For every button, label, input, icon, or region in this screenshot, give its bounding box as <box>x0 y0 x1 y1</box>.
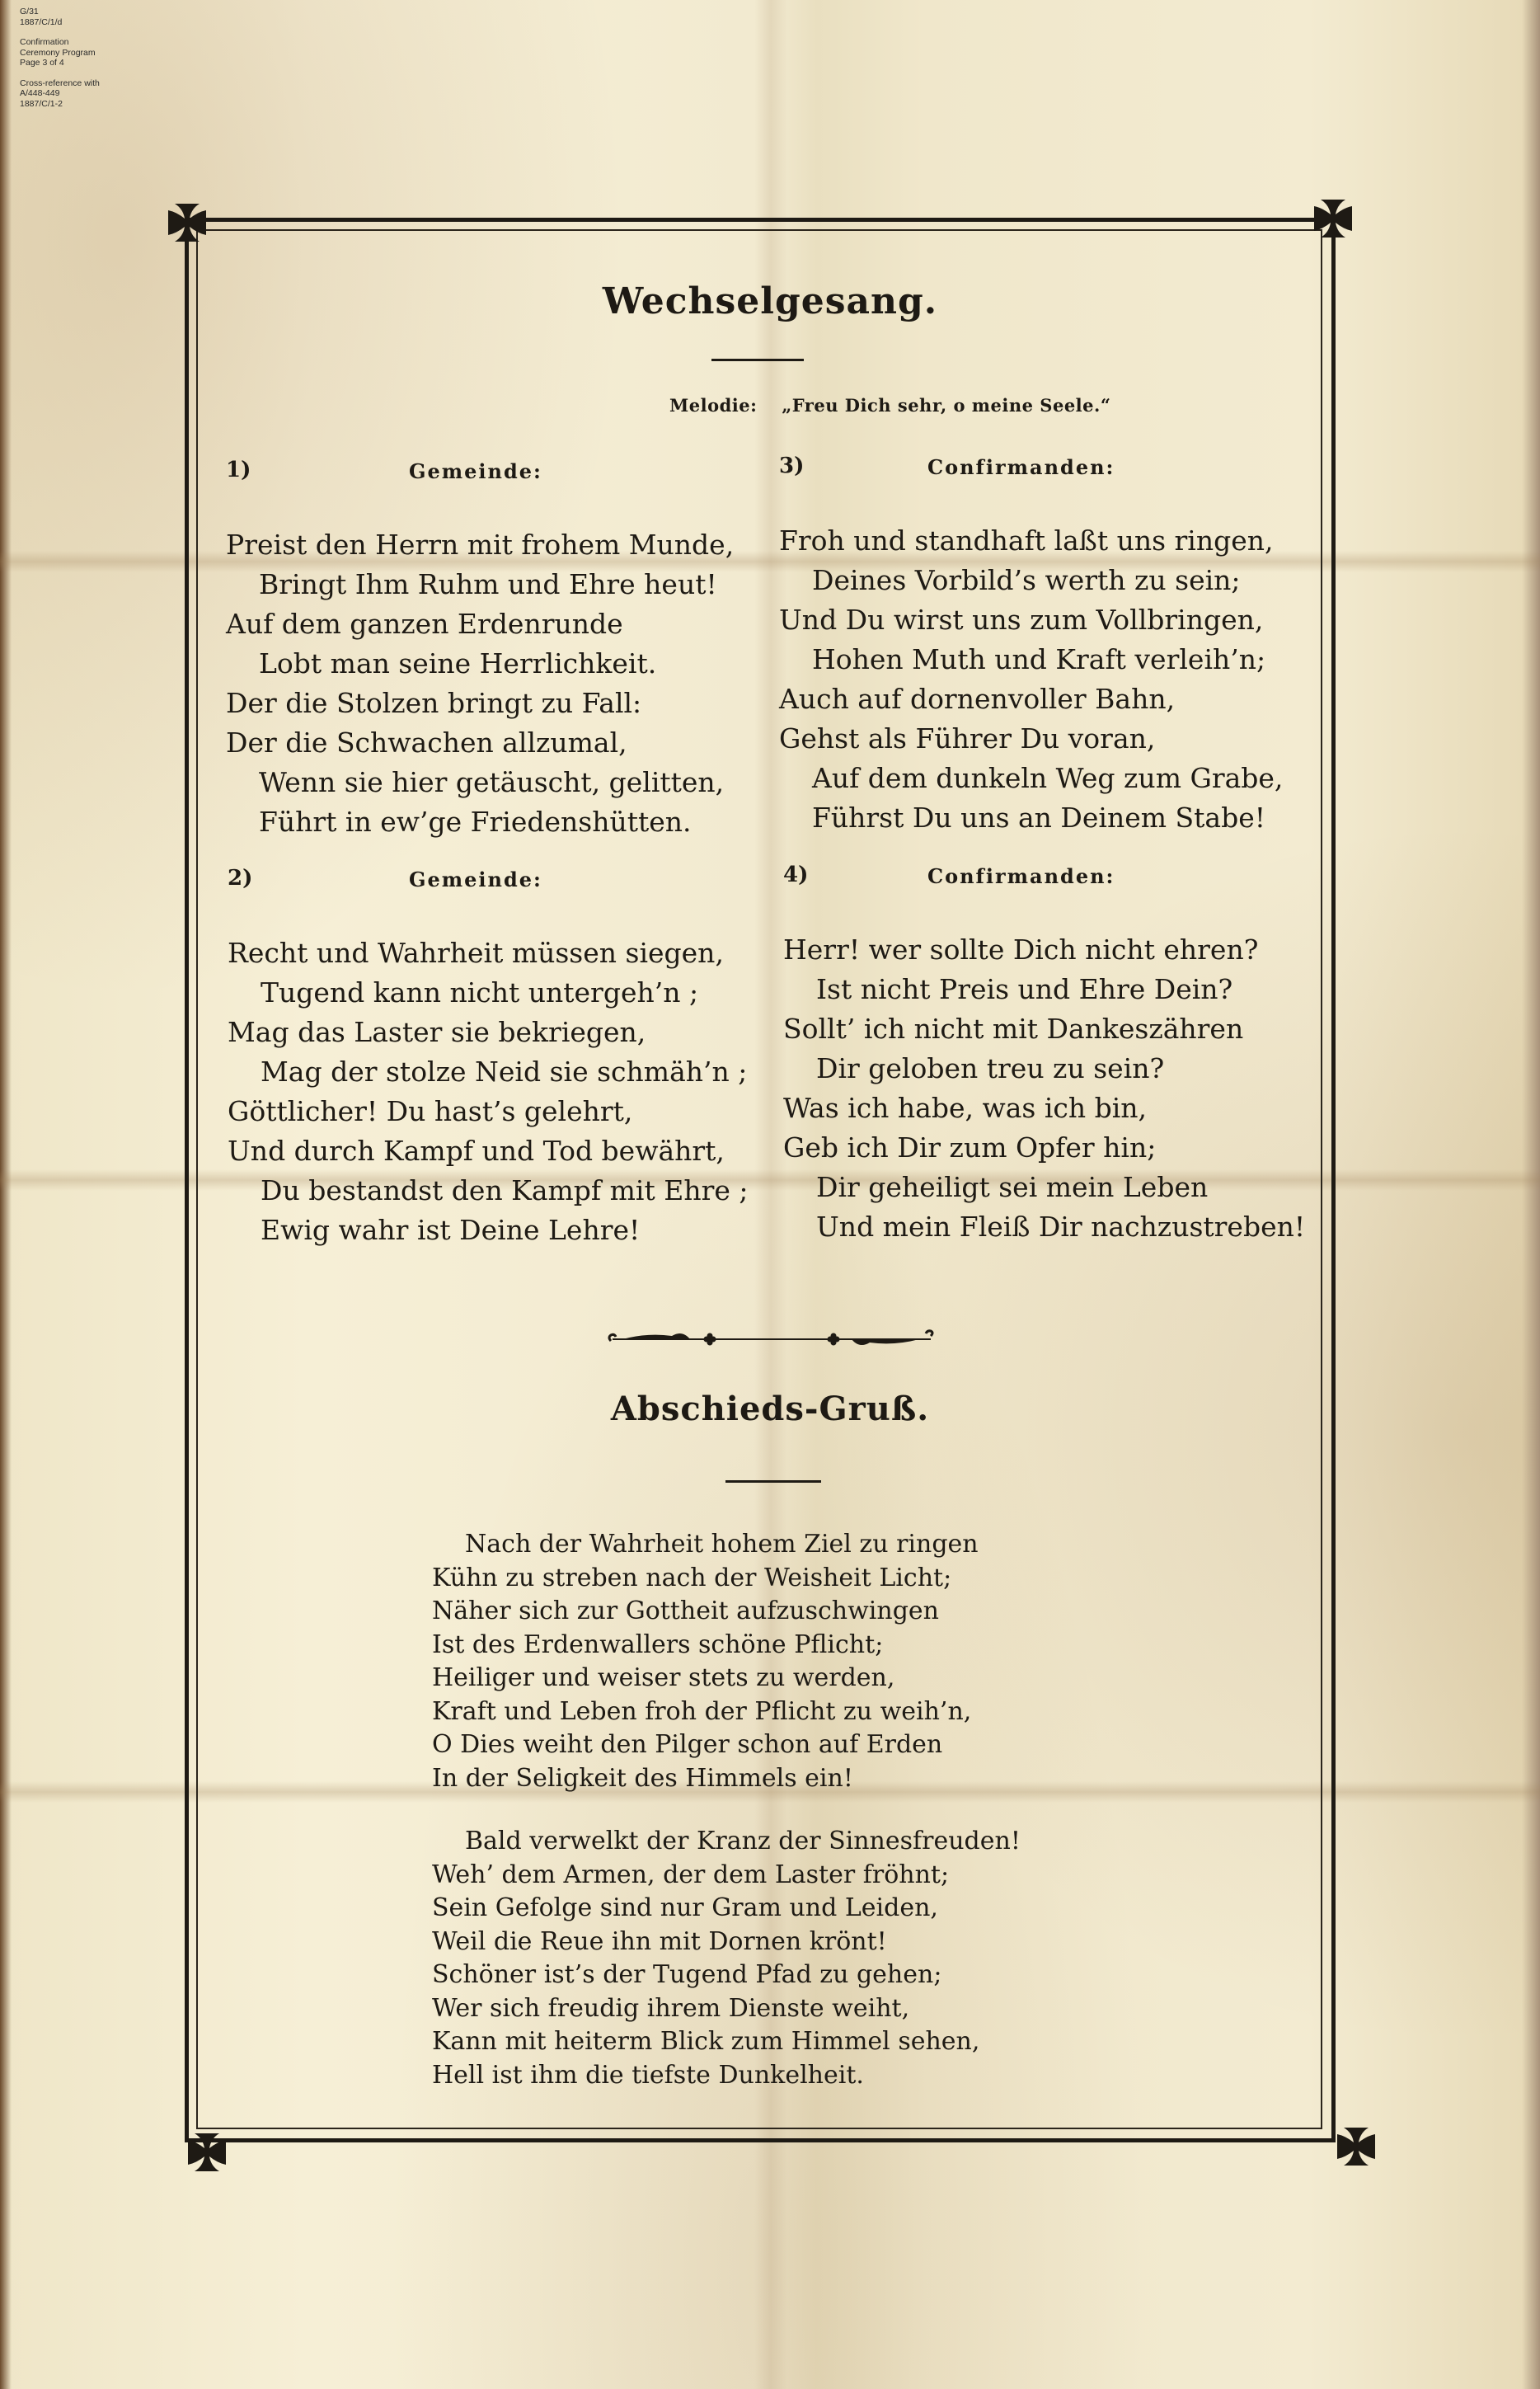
verse-line: Mag das Laster sie bekriegen, <box>228 1013 749 1052</box>
paper-edge-left <box>0 0 12 2389</box>
ornamental-divider-icon <box>606 1326 936 1351</box>
verse-line: Ewig wahr ist Deine Lehre! <box>228 1211 749 1250</box>
verse-line: Froh und standhaft laßt uns ringen, <box>779 521 1283 561</box>
verse-line: Sein Gefolge sind nur Gram und Leiden, <box>432 1892 1021 1926</box>
verse-line: Schöner ist’s der Tugend Pfad zu gehen; <box>432 1959 1021 1992</box>
verse-line: Und Du wirst uns zum Vollbringen, <box>779 600 1283 640</box>
verse-line: Bringt Ihm Ruhm und Ehre heut! <box>226 565 734 604</box>
verse-line: Was ich habe, was ich bin, <box>783 1089 1305 1128</box>
title-underline <box>711 359 804 361</box>
paper-edge-right <box>1522 0 1540 2389</box>
stanza-header: 3) Confirmanden: <box>779 454 1283 487</box>
archive-xref: A/448-449 <box>20 88 100 99</box>
verse-line: Gehst als Führer Du voran, <box>779 719 1283 759</box>
stanza-speaker: Confirmanden: <box>927 455 1115 479</box>
verse-line: Näher sich zur Gottheit aufzuschwingen <box>432 1595 979 1629</box>
verse-line: Dir geloben treu zu sein? <box>783 1049 1305 1089</box>
stanza-number: 3) <box>779 454 804 478</box>
verse-line: Tugend kann nicht untergeh’n ; <box>228 973 749 1013</box>
farewell-verse-2: Bald verwelkt der Kranz der Sinnesfreude… <box>432 1825 1021 2092</box>
verse-line: Wenn sie hier getäuscht, gelitten, <box>226 763 734 802</box>
stanza-lines: Recht und Wahrheit müssen siegen, Tugend… <box>228 933 749 1250</box>
verse-line: Göttlicher! Du hast’s gelehrt, <box>228 1092 749 1131</box>
archive-page: Page 3 of 4 <box>20 58 100 68</box>
stanza-3: 3) Confirmanden: Froh und standhaft laßt… <box>779 454 1283 838</box>
melody-line: Melodie: „Freu Dich sehr, o meine Seele.… <box>669 395 1110 416</box>
verse-line: Und mein Fleiß Dir nachzustreben! <box>783 1207 1305 1247</box>
verse-line: Wer sich freudig ihrem Dienste weiht, <box>432 1992 1021 2026</box>
stanza-number: 4) <box>783 863 808 887</box>
verse-line: Herr! wer sollte Dich nicht ehren? <box>783 930 1305 970</box>
stanza-4: 4) Confirmanden: Herr! wer sollte Dich n… <box>783 863 1305 1247</box>
maltese-cross-icon <box>167 202 208 243</box>
melody-label: Melodie: <box>669 395 757 416</box>
verse-line: Weh’ dem Armen, der dem Laster fröhnt; <box>432 1859 1021 1893</box>
verse-line: Kühn zu streben nach der Weisheit Licht; <box>432 1562 979 1596</box>
maltese-cross-icon <box>186 2132 228 2173</box>
stanza-lines: Froh und standhaft laßt uns ringen, Dein… <box>779 521 1283 838</box>
archive-code: 1887/C/1/d <box>20 17 100 28</box>
farewell-verse-1: Nach der Wahrheit hohem Ziel zu ringen K… <box>432 1528 979 1795</box>
verse-line: Lobt man seine Herrlichkeit. <box>226 644 734 684</box>
verse-line: Ist des Erdenwallers schöne Pflicht; <box>432 1629 979 1662</box>
archive-label: G/31 1887/C/1/d Confirmation Ceremony Pr… <box>20 7 100 109</box>
verse-line: Führt in ew’ge Friedenshütten. <box>226 802 734 842</box>
verse-line: Nach der Wahrheit hohem Ziel zu ringen <box>432 1528 979 1562</box>
stanza-lines: Preist den Herrn mit frohem Munde, Bring… <box>226 525 734 842</box>
verse-line: In der Seligkeit des Himmels ein! <box>432 1762 979 1796</box>
stanza-speaker: Confirmanden: <box>927 864 1115 888</box>
stanza-number: 1) <box>226 458 251 482</box>
verse-line: O Dies weiht den Pilger schon auf Erden <box>432 1728 979 1762</box>
verse-line: Der die Schwachen allzumal, <box>226 723 734 763</box>
verse-line: Du bestandst den Kampf mit Ehre ; <box>228 1171 749 1211</box>
verse-line: Hell ist ihm die tiefste Dunkelheit. <box>432 2059 1021 2093</box>
verse-line: Weil die Reue ihn mit Dornen krönt! <box>432 1926 1021 1959</box>
maltese-cross-icon <box>1312 198 1354 239</box>
stanza-lines: Herr! wer sollte Dich nicht ehren? Ist n… <box>783 930 1305 1247</box>
stanza-speaker: Gemeinde: <box>409 868 542 891</box>
melody-tune: „Freu Dich sehr, o meine Seele.“ <box>782 395 1110 416</box>
archive-description: Ceremony Program <box>20 48 100 59</box>
verse-line: Hohen Muth und Kraft verleih’n; <box>779 640 1283 680</box>
archive-description: Confirmation <box>20 37 100 48</box>
verse-line: Ist nicht Preis und Ehre Dein? <box>783 970 1305 1009</box>
verse-line: Auf dem ganzen Erdenrunde <box>226 604 734 644</box>
verse-line: Preist den Herrn mit frohem Munde, <box>226 525 734 565</box>
verse-line: Heiliger und weiser stets zu werden, <box>432 1662 979 1695</box>
verse-line: Und durch Kampf und Tod bewährt, <box>228 1131 749 1171</box>
verse-line: Bald verwelkt der Kranz der Sinnesfreude… <box>432 1825 1021 1859</box>
stanza-1: 1) Gemeinde: Preist den Herrn mit frohem… <box>226 458 734 842</box>
stanza-header: 1) Gemeinde: <box>226 458 734 491</box>
stanza-header: 2) Gemeinde: <box>228 866 749 899</box>
verse-line: Auf dem dunkeln Weg zum Grabe, <box>779 759 1283 798</box>
stanza-header: 4) Confirmanden: <box>783 863 1305 896</box>
stanza-2: 2) Gemeinde: Recht und Wahrheit müssen s… <box>228 866 749 1250</box>
verse-line: Sollt’ ich nicht mit Dankeszähren <box>783 1009 1305 1049</box>
farewell-title-underline <box>725 1480 821 1483</box>
verse-line: Kraft und Leben froh der Pflicht zu weih… <box>432 1695 979 1729</box>
archive-ref: G/31 <box>20 7 100 17</box>
farewell-title: Abschieds-Gruß. <box>0 1390 1540 1428</box>
song-title: Wechselgesang. <box>0 280 1540 322</box>
verse-line: Führst Du uns an Deinem Stabe! <box>779 798 1283 838</box>
stanza-number: 2) <box>228 866 252 891</box>
archive-xref-label: Cross-reference with <box>20 78 100 89</box>
stanza-speaker: Gemeinde: <box>409 459 542 483</box>
verse-line: Kann mit heiterm Blick zum Himmel sehen, <box>432 2025 1021 2059</box>
verse-line: Recht und Wahrheit müssen siegen, <box>228 933 749 973</box>
verse-line: Der die Stolzen bringt zu Fall: <box>226 684 734 723</box>
verse-line: Dir geheiligt sei mein Leben <box>783 1168 1305 1207</box>
verse-line: Mag der stolze Neid sie schmäh’n ; <box>228 1052 749 1092</box>
verse-line: Deines Vorbild’s werth zu sein; <box>779 561 1283 600</box>
verse-line: Auch auf dornenvoller Bahn, <box>779 680 1283 719</box>
verse-line: Geb ich Dir zum Opfer hin; <box>783 1128 1305 1168</box>
archive-xref: 1887/C/1-2 <box>20 99 100 110</box>
maltese-cross-icon <box>1336 2126 1377 2167</box>
